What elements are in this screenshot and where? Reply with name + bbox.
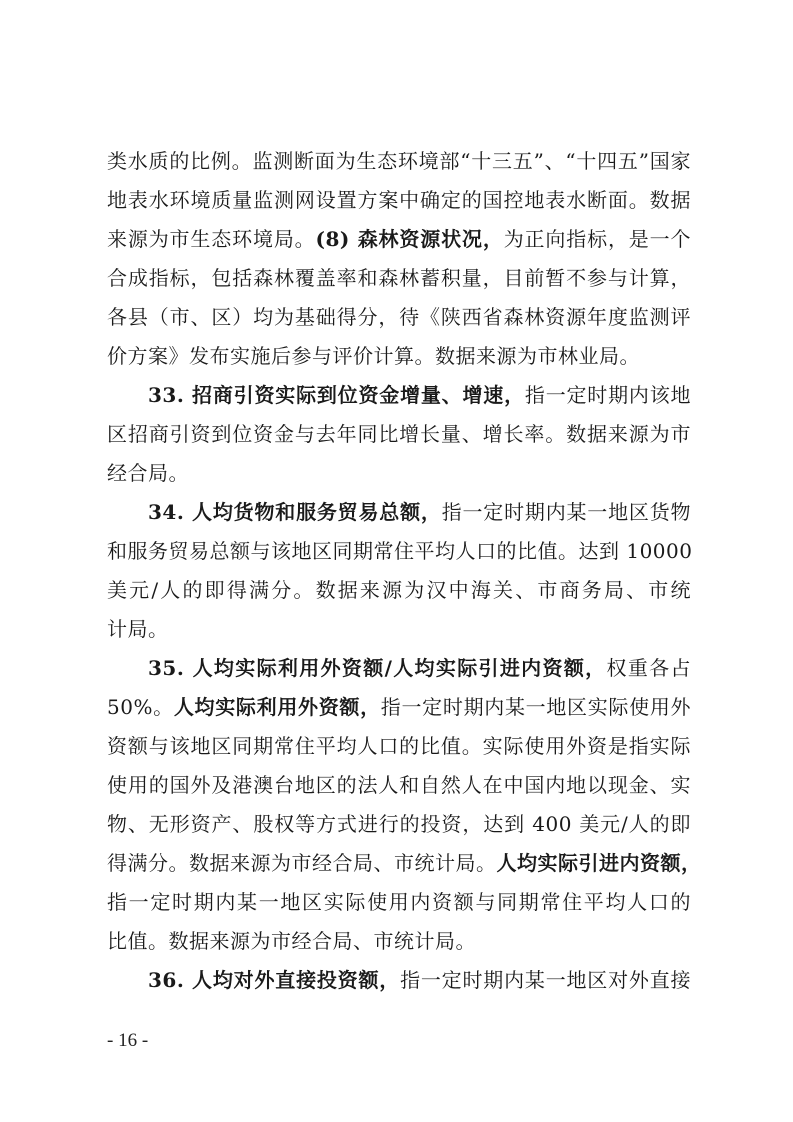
text-line: 类水质的比例。监测断面为生态环境部“十三五”、“十四五”国家: [107, 148, 691, 174]
text-run: 使用的国外及港澳台地区的法人和自然人在中国内地以现金、实: [107, 773, 691, 797]
text-run: 50%。: [107, 695, 174, 719]
text-run: 指一定时期内某一地区实际使用外: [381, 695, 691, 719]
text-run: 和服务贸易总额与该地区同期常住平均人口的比值。达到 10000: [107, 539, 692, 563]
text-line: 50%。人均实际利用外资额，指一定时期内某一地区实际使用外: [107, 694, 691, 720]
bold-term: (8) 森林资源状况，: [316, 227, 504, 251]
text-run: 比值。数据来源为市经合局、市统计局。: [107, 929, 476, 953]
text-line: 计局。: [107, 616, 691, 642]
text-line: 33. 招商引资实际到位资金增量、增速，指一定时期内该地: [148, 382, 691, 408]
text-run: 地表水环境质量监测网设置方案中确定的国控地表水断面。数据: [107, 188, 691, 212]
text-line: 价方案》发布实施后参与评价计算。数据来源为市林业局。: [107, 343, 691, 369]
text-run: 指一定时期内该地: [525, 383, 691, 407]
text-line: 和服务贸易总额与该地区同期常住平均人口的比值。达到 10000: [107, 538, 691, 564]
text-run: 经合局。: [107, 461, 189, 485]
text-run: 指一定时期内某一地区货物: [442, 500, 691, 524]
bold-term: 35. 人均实际利用外资额/人均实际引进内资额，: [148, 656, 607, 680]
text-run: 合成指标，包括森林覆盖率和森林蓄积量，目前暂不参与计算，: [107, 266, 691, 290]
text-run: 物、无形资产、股权等方式进行的投资，达到 400 美元/人的即: [107, 812, 691, 836]
text-line: 使用的国外及港澳台地区的法人和自然人在中国内地以现金、实: [107, 772, 691, 798]
text-line: 36. 人均对外直接投资额，指一定时期内某一地区对外直接: [148, 967, 691, 993]
text-line: 物、无形资产、股权等方式进行的投资，达到 400 美元/人的即: [107, 811, 691, 837]
text-run: 指一定时期内某一地区实际使用内资额与同期常住平均人口的: [107, 890, 691, 914]
text-line: 资额与该地区同期常住平均人口的比值。实际使用外资是指实际: [107, 733, 691, 759]
text-line: 各县（市、区）均为基础得分，待《陕西省森林资源年度监测评: [107, 304, 691, 330]
text-line: 指一定时期内某一地区实际使用内资额与同期常住平均人口的: [107, 889, 691, 915]
text-line: 来源为市生态环境局。(8) 森林资源状况，为正向指标，是一个: [107, 226, 691, 252]
bold-term: 34. 人均货物和服务贸易总额，: [148, 500, 442, 524]
text-run: 指一定时期内某一地区对外直接: [400, 968, 691, 992]
text-run: 资额与该地区同期常住平均人口的比值。实际使用外资是指实际: [107, 734, 691, 758]
text-line: 34. 人均货物和服务贸易总额，指一定时期内某一地区货物: [148, 499, 691, 525]
text-line: 得满分。数据来源为市经合局、市统计局。人均实际引进内资额，: [107, 850, 691, 876]
text-run: 类水质的比例。监测断面为生态环境部“十三五”、“十四五”国家: [107, 149, 691, 173]
text-run: 各县（市、区）均为基础得分，待《陕西省森林资源年度监测评: [107, 305, 691, 329]
text-run: 价方案》发布实施后参与评价计算。数据来源为市林业局。: [107, 344, 640, 368]
bold-term: 33. 招商引资实际到位资金增量、增速，: [148, 383, 525, 407]
text-run: 美元/人的即得满分。数据来源为汉中海关、市商务局、市统: [107, 578, 691, 602]
bold-term: 人均实际利用外资额，: [174, 695, 381, 719]
page-number: - 16 -: [107, 1030, 148, 1052]
text-line: 35. 人均实际利用外资额/人均实际引进内资额，权重各占: [148, 655, 691, 681]
text-line: 区招商引资到位资金与去年同比增长量、增长率。数据来源为市: [107, 421, 691, 447]
text-line: 合成指标，包括森林覆盖率和森林蓄积量，目前暂不参与计算，: [107, 265, 691, 291]
text-run: 来源为市生态环境局。: [107, 227, 316, 251]
text-line: 地表水环境质量监测网设置方案中确定的国控地表水断面。数据: [107, 187, 691, 213]
text-run: 得满分。数据来源为市经合局、市统计局。: [107, 851, 497, 875]
text-run: 权重各占: [607, 656, 692, 680]
text-line: 经合局。: [107, 460, 691, 486]
text-run: 区招商引资到位资金与去年同比增长量、增长率。数据来源为市: [107, 422, 691, 446]
text-run: 为正向指标，是一个: [504, 227, 691, 251]
text-line: 比值。数据来源为市经合局、市统计局。: [107, 928, 691, 954]
bold-term: 36. 人均对外直接投资额，: [148, 968, 400, 992]
text-run: 计局。: [107, 617, 169, 641]
bold-term: 人均实际引进内资额，: [497, 851, 702, 875]
text-line: 美元/人的即得满分。数据来源为汉中海关、市商务局、市统: [107, 577, 691, 603]
